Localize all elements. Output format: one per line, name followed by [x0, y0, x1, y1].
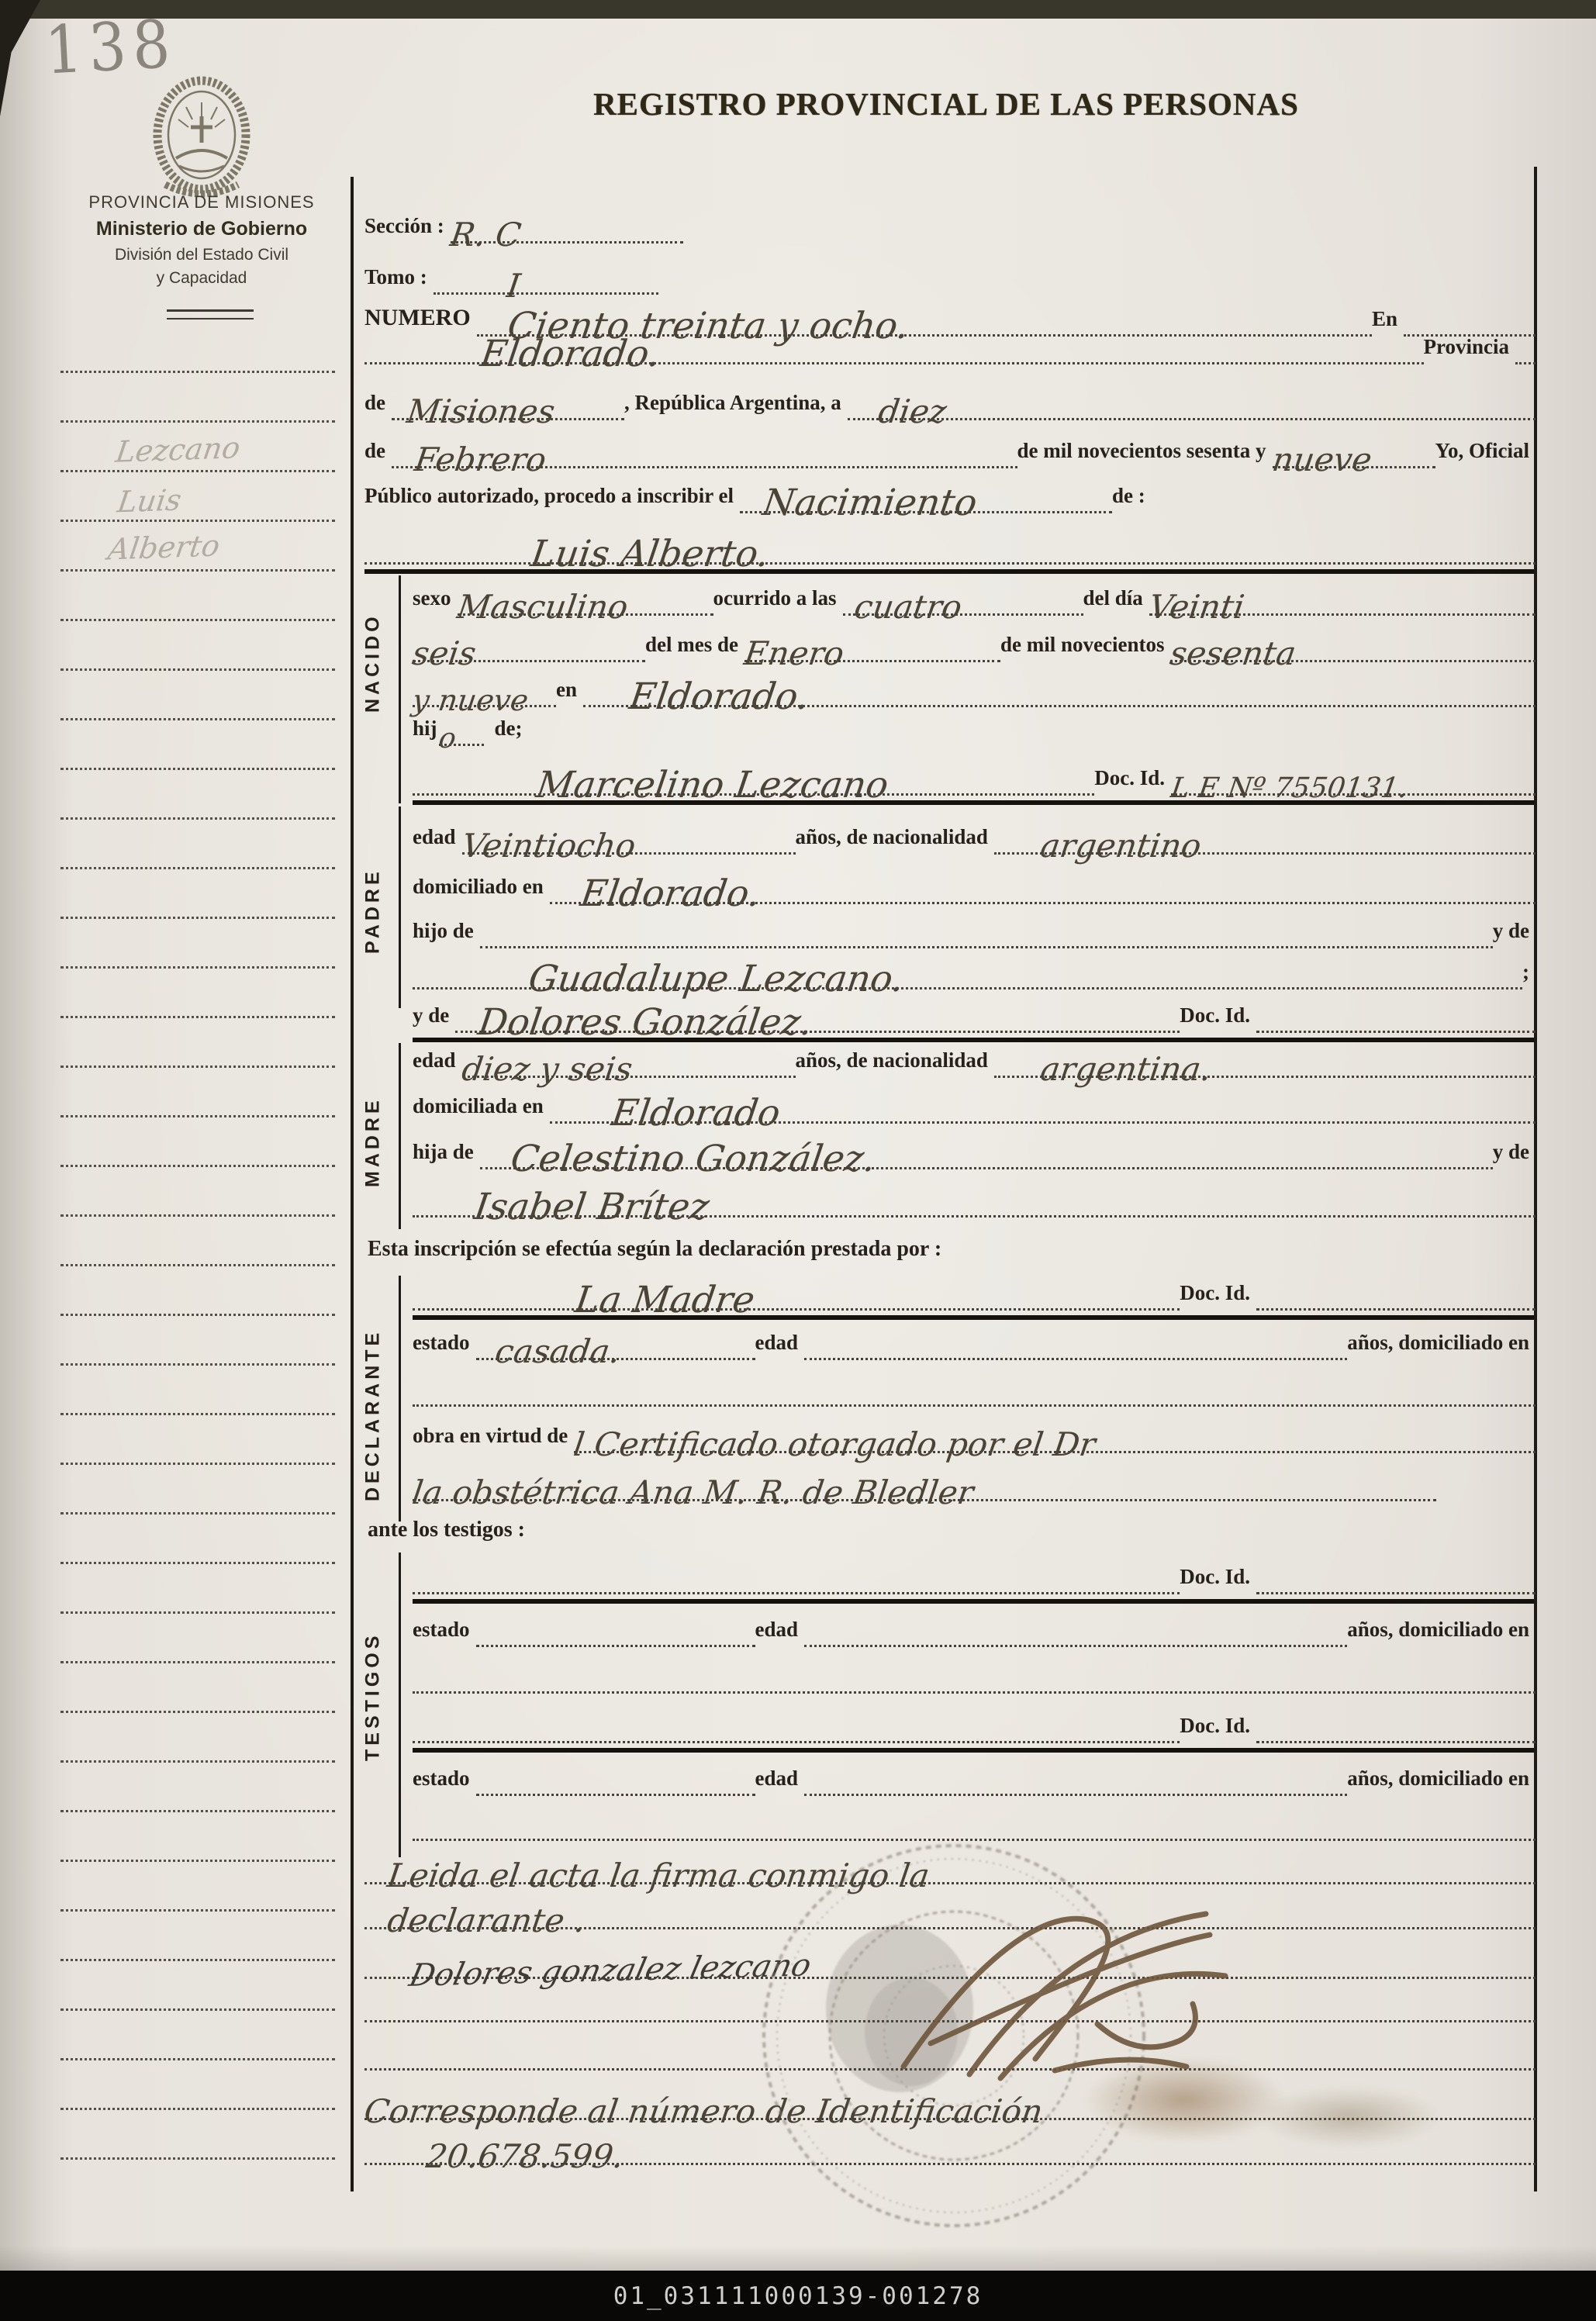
- padre-nacionalidad-label: años, de nacionalidad: [796, 827, 994, 855]
- margin-line: [60, 1214, 335, 1217]
- margin-line: [60, 817, 335, 820]
- provincia-tail: [1515, 362, 1536, 364]
- row-hijo: hij o de;: [413, 703, 1536, 746]
- margin-line: [60, 1016, 335, 1018]
- obra-value-2: la obstétrica Ana M. R. de Bledler: [410, 1479, 975, 1507]
- padre-doc-value: L E Nº 7550131.: [1169, 777, 1409, 801]
- hijo-label: hij: [413, 718, 439, 746]
- section-label-nacido: NACIDO: [351, 617, 396, 710]
- row-sexo: sexo Masculino ocurrido a las cuatro del…: [413, 569, 1536, 616]
- acto-value: Nacimiento: [738, 488, 979, 519]
- doc-id-label-declarante: Doc. Id.: [1180, 1283, 1256, 1311]
- row-mes: de Febrero de mil novecientos sesenta y …: [364, 419, 1536, 468]
- declarante-edad-label: edad: [755, 1332, 805, 1360]
- testigo1-blank-field: [413, 1691, 1536, 1694]
- row-abuela-paterna: Guadalupe Lezcano. ;: [413, 949, 1536, 990]
- margin-line: [60, 2157, 335, 2160]
- section-label-declarante: DECLARANTE: [351, 1311, 396, 1520]
- abuelo-materno-field: Celestino González.: [480, 1136, 1493, 1169]
- margin-line: [60, 1810, 335, 1812]
- padre-hijode-field: [480, 946, 1493, 948]
- padre-nombre-field: Marcelino Lezcano: [413, 762, 1094, 796]
- testigo1-aniosdom-label: años, domiciliado en: [1347, 1619, 1536, 1647]
- abuela-paterna: Guadalupe Lezcano.: [410, 964, 906, 995]
- margin-line: [60, 1711, 335, 1713]
- padre-domicilio-field: Eldorado.: [550, 871, 1536, 904]
- testigo2-estado-field: [476, 1794, 755, 1796]
- margin-line: [60, 1760, 335, 1763]
- padre-semicolon: ;: [1522, 962, 1536, 990]
- margin-line: [60, 420, 335, 423]
- seccion-label: Sección :: [364, 216, 451, 243]
- testigo2-estado-label: estado: [413, 1768, 476, 1796]
- margin-line: [60, 569, 335, 572]
- hijo-vocal-field: o: [439, 720, 484, 746]
- testigo1-estado-label: estado: [413, 1619, 476, 1647]
- seccion-field: R. C: [451, 213, 683, 243]
- padre-yde-label: y de: [1493, 920, 1536, 948]
- row-obra2: la obstétrica Ana M. R. de Bledler: [413, 1456, 1536, 1501]
- scanned-birth-record: 138 REGISTRO PROVINCIAL DE LAS PERSONAS …: [0, 0, 1596, 2321]
- testigo1-nombre-field: [413, 1592, 1180, 1594]
- row-anio2: y nueve en Eldorado.: [413, 662, 1536, 707]
- lugar-value: Eldorado.: [362, 339, 662, 370]
- row-padre-edad: edad Veintiocho años, de nacionalidad ar…: [413, 806, 1536, 855]
- scan-footer-bar: 01_031111000139-001278: [0, 2271, 1596, 2321]
- row-madre-domicilio: domiciliada en Eldorado: [413, 1079, 1536, 1124]
- declarante-aniosdom-label: años, domiciliado en: [1347, 1332, 1536, 1360]
- testigo1-edad-field: [804, 1645, 1347, 1647]
- testigo1-edad-label: edad: [755, 1619, 805, 1647]
- de3-label: de :: [1112, 485, 1152, 513]
- declarante-blank-field: [413, 1404, 1536, 1407]
- scan-top-edge: [0, 0, 1596, 19]
- margin-line: [60, 1611, 335, 1614]
- numero-identificacion: 20.678.599.: [362, 2143, 625, 2171]
- margin-line: [60, 668, 335, 671]
- madre-edad-field: diez y seis: [462, 1048, 796, 1078]
- declarante-quien-field: La Madre: [413, 1277, 1180, 1311]
- rule-padre-top: [413, 800, 1534, 805]
- cierre-linea2: declarante .: [362, 1907, 586, 1935]
- doc-id-label-testigo2: Doc. Id.: [1180, 1715, 1256, 1743]
- letterhead-rule: [167, 309, 254, 319]
- letterhead: PROVINCIA DE MISIONES Ministerio de Gobi…: [54, 192, 349, 288]
- abuela-materna: Isabel Brítez: [410, 1192, 711, 1223]
- declaracion-intro: Esta inscripción se efectúa según la dec…: [368, 1238, 948, 1267]
- paper-bottom-edge: [0, 2246, 1596, 2274]
- nacido-bracket: [399, 575, 401, 803]
- madre-yde2-label: y de: [1493, 1142, 1536, 1169]
- margin-line: [60, 1512, 335, 1515]
- margin-line: [60, 619, 335, 621]
- testigo2-aniosdom-label: años, domiciliado en: [1347, 1768, 1536, 1796]
- row-abuelo-materno: hija de Celestino González. y de: [413, 1124, 1536, 1169]
- margin-line: [60, 2008, 335, 2011]
- margin-line: [60, 1165, 335, 1167]
- row-testigo2-estado: estado edad años, domiciliado en: [413, 1751, 1536, 1796]
- mes-field-nacido: Enero: [744, 632, 1000, 662]
- provincia-field: Misiones: [392, 390, 624, 420]
- margin-line: [60, 520, 335, 522]
- testigo2-nombre-field: [413, 1741, 1180, 1743]
- declarante-estado-field: casada.: [476, 1330, 755, 1360]
- row-abuela-materna: Isabel Brítez: [413, 1171, 1536, 1217]
- obra-value-1: l Certificado otorgado por el Dr: [572, 1431, 1097, 1459]
- padre-nacionalidad-field: argentino: [994, 824, 1536, 855]
- row-provincia: de Misiones , República Argentina, a die…: [364, 371, 1536, 420]
- row-madre-edad: edad diez y seis años, de nacionalidad a…: [413, 1034, 1536, 1078]
- abuela-paterna-field: Guadalupe Lezcano.: [413, 956, 1522, 990]
- testigo1-doc-field: [1256, 1592, 1536, 1594]
- row-declaracion-intro: Esta inscripción se efectúa según la dec…: [368, 1236, 948, 1267]
- nombre-field: Luis Alberto.: [364, 531, 1536, 565]
- margin-line: [60, 1562, 335, 1564]
- abuela-materna-field: Isabel Brítez: [413, 1184, 1536, 1217]
- row-declarante-estado: estado casada. edad años, domiciliado en: [413, 1317, 1536, 1360]
- madre-domicilio-field: Eldorado: [550, 1090, 1536, 1124]
- row-padre-nombre: Marcelino Lezcano Doc. Id. L E Nº 755013…: [413, 748, 1536, 796]
- section-label-madre: MADRE: [351, 1074, 396, 1210]
- row-acto: Público autorizado, procedo a inscribir …: [364, 464, 1536, 513]
- row-obra1: obra en virtud de l Certificado otorgado…: [413, 1410, 1536, 1453]
- margin-note-surname: Lezcano: [113, 430, 242, 469]
- row-nombre: Luis Alberto.: [364, 515, 1536, 565]
- publico-label: Público autorizado, procedo a inscribir …: [364, 485, 740, 513]
- hora-field: cuatro: [843, 585, 1083, 616]
- madre-hijade-label: hija de: [413, 1142, 480, 1169]
- madre-nacionalidad-label: años, de nacionalidad: [796, 1050, 994, 1078]
- obra-field2: la obstétrica Ana M. R. de Bledler: [413, 1471, 1436, 1501]
- margin-line: [60, 1413, 335, 1415]
- obra-field1: l Certificado otorgado por el Dr: [574, 1423, 1536, 1453]
- testigos-bracket: [399, 1553, 401, 1857]
- ink-smudge-brown-2: [1256, 2086, 1442, 2148]
- madre-doc-field: [1256, 1031, 1536, 1033]
- margin-note-name1: Luis: [116, 483, 184, 520]
- ante-testigos-label: ante los testigos :: [368, 1519, 531, 1548]
- padre-doc-field: L E Nº 7550131.: [1171, 769, 1536, 796]
- declarante-doc-field: [1256, 1308, 1536, 1311]
- row-declarante-quien: La Madre Doc. Id.: [413, 1269, 1536, 1311]
- margin-line: [60, 470, 335, 472]
- padre-edad-label: edad: [413, 827, 462, 855]
- doc-id-label-padre: Doc. Id.: [1094, 768, 1171, 796]
- de1-label: de: [364, 392, 392, 420]
- republica-label: , República Argentina, a: [624, 392, 848, 420]
- row-declarante-blank: [413, 1365, 1536, 1407]
- lugar-field: Eldorado.: [364, 331, 1424, 364]
- row-testigo2-nombre: Doc. Id.: [413, 1700, 1536, 1743]
- official-signature: [876, 1892, 1249, 2102]
- testigo1-estado-field: [476, 1645, 755, 1647]
- madre-edad-label: edad: [413, 1050, 462, 1078]
- form-title: REGISTRO PROVINCIAL DE LAS PERSONAS: [574, 85, 1318, 123]
- madre-yde-label: y de: [413, 1005, 455, 1033]
- madre-nacionalidad-field: argentina.: [994, 1048, 1536, 1078]
- dia2-field: seis: [413, 632, 645, 662]
- sexo-field: Masculino: [458, 585, 713, 616]
- margin-line: [60, 1463, 335, 1465]
- margin-line: [60, 1314, 335, 1316]
- margin-line: [60, 867, 335, 869]
- row-padre-hijode: hijo de y de: [413, 903, 1536, 948]
- dia-field: diez: [848, 390, 1536, 420]
- row-testigo1-estado: estado edad años, domiciliado en: [413, 1602, 1536, 1647]
- row-padre-domicilio: domiciliado en Eldorado.: [413, 856, 1536, 904]
- obra-label: obra en virtud de: [413, 1425, 574, 1453]
- testigo2-edad-label: edad: [755, 1768, 805, 1796]
- letterhead-line1: PROVINCIA DE MISIONES: [54, 192, 349, 212]
- anio-label: de mil novecientos: [1000, 634, 1170, 662]
- declarante-quien: La Madre: [410, 1285, 756, 1316]
- provincia-label: Provincia: [1424, 337, 1516, 364]
- margin-line: [60, 1066, 335, 1068]
- sexo-label: sexo: [413, 588, 458, 616]
- margin-line: [60, 371, 335, 373]
- doc-id-label-madre: Doc. Id.: [1180, 1005, 1256, 1033]
- abuelo-materno: Celestino González.: [478, 1144, 877, 1175]
- row-ante-testigos: ante los testigos :: [368, 1517, 531, 1548]
- letterhead-line3: División del Estado Civil: [54, 246, 349, 264]
- margin-line: [60, 1959, 335, 1961]
- hijo-de-label: de;: [484, 718, 529, 746]
- madre-domicilio-label: domiciliada en: [413, 1096, 550, 1124]
- margin-line: [60, 768, 335, 770]
- doc-id-label-testigo1: Doc. Id.: [1180, 1566, 1256, 1594]
- margin-line: [60, 1860, 335, 1862]
- margin-line: [60, 1909, 335, 1912]
- row-madre-nombre: y de Dolores González. Doc. Id.: [413, 991, 1536, 1033]
- row-seccion: Sección : R. C: [364, 195, 799, 243]
- anio1-field: sesenta: [1170, 632, 1536, 662]
- seccion-value: R. C: [448, 221, 522, 249]
- margin-note-name2: Alberto: [105, 529, 222, 567]
- madre-nombre-field: Dolores González.: [455, 1000, 1180, 1033]
- declarante-estado-value: casada.: [474, 1338, 621, 1366]
- testigo2-edad-field: [804, 1794, 1347, 1796]
- margin-line: [60, 718, 335, 720]
- margin-line: [60, 1264, 335, 1266]
- row-dia2: seis del mes de Enero de mil novecientos…: [413, 617, 1536, 662]
- declarante-bracket: [399, 1276, 401, 1521]
- provincial-seal-icon: [143, 71, 260, 205]
- margin-line: [60, 917, 335, 919]
- mes-label: del mes de: [645, 634, 744, 662]
- row-testigo1-blank: [413, 1650, 1536, 1694]
- row-testigo1-nombre: Doc. Id.: [413, 1551, 1536, 1594]
- margin-line: [60, 1661, 335, 1663]
- section-label-padre: PADRE: [351, 849, 396, 973]
- declarante-estado-label: estado: [413, 1332, 476, 1360]
- declarante-edad-field: [804, 1358, 1347, 1360]
- acto-field: Nacimiento: [740, 480, 1112, 513]
- section-label-testigos: TESTIGOS: [351, 1625, 396, 1768]
- row-tomo: Tomo : I: [364, 247, 799, 295]
- padre-nombre: Marcelino Lezcano: [410, 770, 890, 801]
- padre-domicilio-label: domiciliado en: [413, 876, 550, 904]
- nombre-inscripto: Luis Alberto.: [362, 539, 771, 570]
- testigo2-doc-field: [1256, 1741, 1536, 1743]
- dia1-field: Veinti: [1149, 585, 1536, 616]
- padre-hijode-label: hijo de: [413, 920, 480, 948]
- letterhead-line4: y Capacidad: [54, 269, 349, 288]
- margin-line: [60, 966, 335, 969]
- margin-line: [60, 2058, 335, 2060]
- madre-nombre: Dolores González.: [453, 1007, 814, 1038]
- ocurrido-label: ocurrido a las: [713, 588, 843, 616]
- scan-code: 01_031111000139-001278: [613, 2282, 983, 2310]
- letterhead-line2: Ministerio de Gobierno: [54, 218, 349, 240]
- margin-line: [60, 1363, 335, 1366]
- dia-label: del día: [1083, 588, 1149, 616]
- madre-bracket: [399, 1043, 401, 1229]
- margin-line: [60, 1115, 335, 1117]
- padre-edad-field: Veintiocho: [462, 824, 796, 855]
- row-lugar: Eldorado. Provincia: [364, 316, 1536, 364]
- padre-bracket: [399, 806, 401, 1008]
- margin-line: [60, 2108, 335, 2110]
